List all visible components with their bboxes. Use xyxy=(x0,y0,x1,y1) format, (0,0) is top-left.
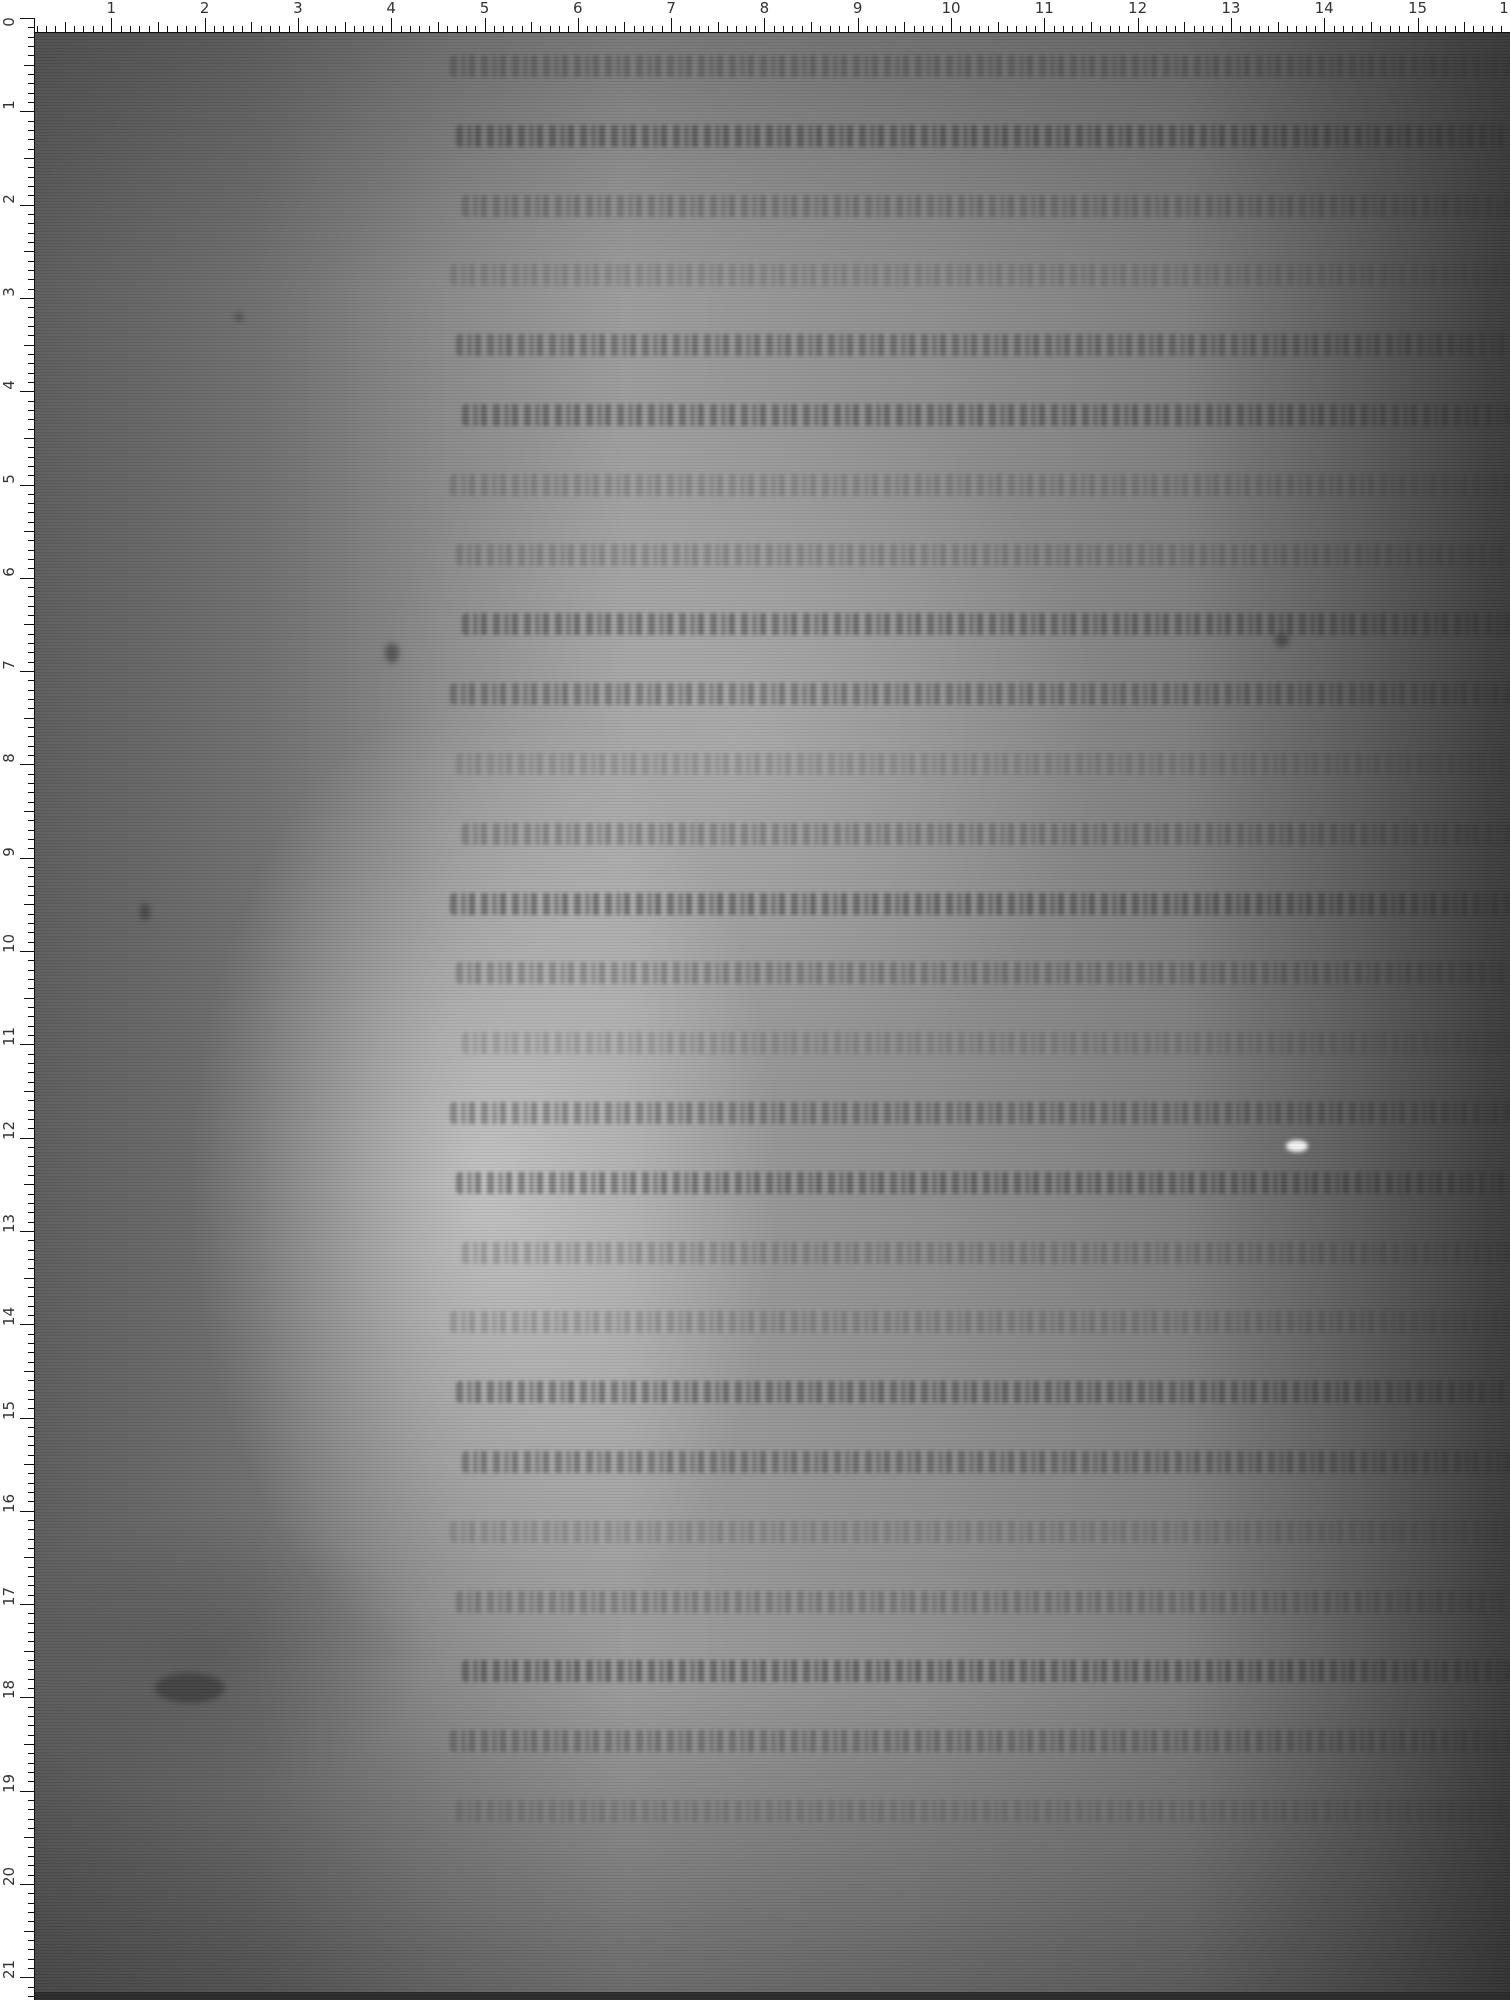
left-ruler-tick xyxy=(28,1688,34,1689)
top-ruler-label: 15 xyxy=(1408,0,1427,16)
left-ruler-tick xyxy=(28,1147,34,1148)
left-ruler-tick xyxy=(28,1641,34,1642)
left-ruler-tick xyxy=(28,914,34,915)
manuscript-text-line xyxy=(456,334,1510,356)
left-ruler-tick xyxy=(28,429,34,430)
left-ruler-tick xyxy=(28,1343,34,1344)
left-ruler-tick xyxy=(28,1772,34,1773)
top-ruler-tick xyxy=(690,26,691,32)
top-ruler-tick xyxy=(1147,26,1148,32)
top-ruler-tick xyxy=(46,26,47,32)
top-ruler-tick xyxy=(447,26,448,32)
top-ruler-tick xyxy=(401,26,402,32)
left-ruler-label: 1 xyxy=(1,97,17,113)
top-ruler-tick xyxy=(820,26,821,32)
left-ruler-tick xyxy=(28,1781,34,1782)
top-ruler-tick xyxy=(1343,26,1344,32)
left-ruler-tick xyxy=(28,335,34,336)
left-ruler-tick xyxy=(28,1660,34,1661)
manuscript-text-line xyxy=(462,1660,1510,1682)
left-ruler-tick xyxy=(28,1035,34,1036)
left-ruler-tick xyxy=(28,93,34,94)
top-ruler-tick xyxy=(774,26,775,32)
top-ruler-tick xyxy=(223,26,224,32)
left-ruler-tick xyxy=(24,1931,34,1932)
manuscript-text-line xyxy=(462,195,1510,217)
top-ruler-tick xyxy=(718,22,719,32)
manuscript-text-line xyxy=(462,404,1510,426)
top-ruler-label: 1 xyxy=(1499,0,1509,16)
top-ruler-tick xyxy=(475,26,476,32)
top-ruler-label: 6 xyxy=(573,0,583,16)
left-ruler-tick xyxy=(28,867,34,868)
left-ruler-tick xyxy=(24,811,34,812)
manuscript-text-line xyxy=(450,474,1510,496)
top-ruler-tick xyxy=(792,26,793,32)
left-ruler-tick xyxy=(28,755,34,756)
top-ruler-tick xyxy=(279,26,280,32)
left-ruler-tick xyxy=(28,699,34,700)
left-ruler-tick xyxy=(28,130,34,131)
left-ruler-tick xyxy=(20,1604,34,1605)
left-ruler-tick xyxy=(28,596,34,597)
top-ruler-tick xyxy=(1250,26,1251,32)
left-ruler-tick xyxy=(28,876,34,877)
top-ruler-tick xyxy=(1455,26,1456,32)
top-ruler-tick xyxy=(783,26,784,32)
top-ruler-tick xyxy=(195,26,196,32)
left-ruler-tick xyxy=(28,1483,34,1484)
left-ruler-tick xyxy=(28,1445,34,1446)
left-ruler-tick xyxy=(20,1697,34,1698)
top-ruler-tick xyxy=(699,26,700,32)
top-ruler-tick xyxy=(111,18,112,32)
left-ruler-tick xyxy=(28,27,34,28)
left-ruler-tick xyxy=(28,1315,34,1316)
top-ruler-tick xyxy=(1473,26,1474,32)
manuscript-text-line xyxy=(462,1242,1510,1264)
manuscript-text-line xyxy=(456,125,1510,147)
top-ruler-tick xyxy=(746,26,747,32)
left-ruler-tick xyxy=(28,55,34,56)
top-ruler-label: 5 xyxy=(480,0,490,16)
left-ruler-tick xyxy=(28,1362,34,1363)
top-ruler-label: 2 xyxy=(200,0,210,16)
top-ruler-tick xyxy=(1352,26,1353,32)
top-ruler-tick xyxy=(466,26,467,32)
top-ruler-label: 8 xyxy=(760,0,770,16)
left-ruler-tick xyxy=(28,708,34,709)
left-ruler-tick xyxy=(28,1893,34,1894)
top-ruler-tick xyxy=(65,22,66,32)
left-ruler-tick xyxy=(28,1679,34,1680)
left-ruler-label: 15 xyxy=(1,1404,17,1420)
left-ruler-tick xyxy=(28,895,34,896)
top-ruler-tick xyxy=(233,26,234,32)
left-ruler-tick xyxy=(28,1063,34,1064)
top-ruler-tick xyxy=(634,26,635,32)
left-ruler-tick xyxy=(28,1287,34,1288)
left-ruler-tick xyxy=(28,494,34,495)
top-ruler-tick xyxy=(83,26,84,32)
top-ruler-tick xyxy=(671,18,672,32)
left-ruler-tick xyxy=(28,1987,34,1988)
manuscript-text-line xyxy=(462,823,1510,845)
top-ruler-label: 1 xyxy=(107,0,117,16)
top-ruler-tick xyxy=(1128,26,1129,32)
top-ruler-tick xyxy=(158,22,159,32)
top-ruler-tick xyxy=(354,26,355,32)
left-ruler-tick xyxy=(28,382,34,383)
left-ruler-label: 6 xyxy=(1,564,17,580)
top-ruler-tick xyxy=(1110,26,1111,32)
left-ruler-tick xyxy=(28,401,34,402)
top-ruler-tick xyxy=(1035,26,1036,32)
top-ruler-tick xyxy=(652,26,653,32)
left-ruler-tick xyxy=(24,1557,34,1558)
top-ruler-tick xyxy=(895,26,896,32)
left-ruler-label: 11 xyxy=(1,1030,17,1046)
left-ruler-tick xyxy=(20,1324,34,1325)
left-ruler-tick xyxy=(28,289,34,290)
left-ruler-tick xyxy=(28,736,34,737)
left-ruler-tick xyxy=(28,1026,34,1027)
left-ruler-tick xyxy=(28,1847,34,1848)
left-ruler-tick xyxy=(28,1753,34,1754)
top-ruler-tick xyxy=(1054,26,1055,32)
stain-mark xyxy=(155,1673,225,1703)
left-ruler-tick xyxy=(24,531,34,532)
left-ruler-tick xyxy=(28,121,34,122)
left-ruler-tick xyxy=(20,1231,34,1232)
left-ruler-tick xyxy=(28,1007,34,1008)
left-ruler-tick xyxy=(28,1912,34,1913)
left-ruler-tick xyxy=(28,1921,34,1922)
top-ruler-tick xyxy=(960,26,961,32)
left-ruler-tick xyxy=(28,223,34,224)
top-ruler-tick xyxy=(457,26,458,32)
left-ruler-tick xyxy=(28,1054,34,1055)
top-ruler-tick xyxy=(1380,26,1381,32)
top-ruler-tick xyxy=(1222,26,1223,32)
top-ruler-label: 11 xyxy=(1035,0,1054,16)
top-ruler-tick xyxy=(942,26,943,32)
manuscript-text-line xyxy=(450,893,1510,915)
top-ruler-tick xyxy=(93,26,94,32)
top-ruler-tick xyxy=(261,26,262,32)
left-ruler-tick xyxy=(28,783,34,784)
top-ruler-tick xyxy=(419,26,420,32)
left-ruler-tick xyxy=(28,1352,34,1353)
left-ruler-tick xyxy=(28,1669,34,1670)
left-ruler: 0123456789101112131415161718192021 xyxy=(0,0,35,2000)
left-ruler-tick xyxy=(28,102,34,103)
left-ruler-tick xyxy=(28,186,34,187)
left-ruler-tick xyxy=(28,1529,34,1530)
top-ruler-tick xyxy=(335,26,336,32)
left-ruler-tick xyxy=(28,886,34,887)
left-ruler-tick xyxy=(24,1371,34,1372)
manuscript-text-line xyxy=(462,1451,1510,1473)
left-ruler-tick xyxy=(28,839,34,840)
left-ruler-tick xyxy=(20,391,34,392)
top-ruler-tick xyxy=(1231,18,1232,32)
manuscript-text-line xyxy=(456,544,1510,566)
left-ruler-tick xyxy=(28,1166,34,1167)
left-ruler-tick xyxy=(28,1940,34,1941)
top-ruler-tick xyxy=(1259,26,1260,32)
top-ruler-tick xyxy=(317,26,318,32)
left-ruler-tick xyxy=(28,662,34,663)
top-ruler-label: 7 xyxy=(666,0,676,16)
left-ruler-tick xyxy=(28,634,34,635)
top-ruler-tick xyxy=(307,26,308,32)
left-ruler-tick xyxy=(28,354,34,355)
left-ruler-tick xyxy=(28,1110,34,1111)
left-ruler-tick xyxy=(28,1427,34,1428)
manuscript-text-line xyxy=(450,1521,1510,1543)
left-ruler-tick xyxy=(28,1959,34,1960)
top-ruler-tick xyxy=(485,18,486,32)
left-ruler-tick xyxy=(20,111,34,112)
left-ruler-tick xyxy=(28,792,34,793)
left-ruler-tick xyxy=(24,1464,34,1465)
left-ruler-tick xyxy=(28,1632,34,1633)
top-ruler-tick xyxy=(830,26,831,32)
top-ruler-tick xyxy=(1334,26,1335,32)
top-ruler-tick xyxy=(289,26,290,32)
left-ruler-tick xyxy=(24,1744,34,1745)
top-ruler-tick xyxy=(382,26,383,32)
left-ruler-tick xyxy=(28,1567,34,1568)
top-ruler-tick xyxy=(923,26,924,32)
left-ruler-tick xyxy=(24,624,34,625)
left-ruler-tick xyxy=(28,1408,34,1409)
manuscript-text-line xyxy=(456,1591,1510,1613)
top-ruler-tick xyxy=(1464,22,1465,32)
left-ruler-tick xyxy=(28,923,34,924)
left-ruler-tick xyxy=(28,960,34,961)
left-ruler-tick xyxy=(28,942,34,943)
top-ruler-tick xyxy=(615,26,616,32)
top-ruler-tick xyxy=(503,26,504,32)
top-ruler-tick xyxy=(1091,22,1092,32)
top-ruler-tick xyxy=(1044,18,1045,32)
left-ruler-tick xyxy=(28,1306,34,1307)
top-ruler-tick xyxy=(596,26,597,32)
top-ruler-tick xyxy=(848,26,849,32)
top-ruler-tick xyxy=(1296,26,1297,32)
top-ruler-tick xyxy=(298,18,299,32)
left-ruler-tick xyxy=(28,988,34,989)
scan-bottom-edge xyxy=(35,1992,1510,2000)
top-ruler-tick xyxy=(531,22,532,32)
top-ruler-tick xyxy=(270,26,271,32)
stain-mark xyxy=(140,903,150,921)
left-ruler-tick xyxy=(28,233,34,234)
left-ruler-tick xyxy=(28,1623,34,1624)
top-ruler-label: 14 xyxy=(1315,0,1334,16)
top-ruler-tick xyxy=(1306,26,1307,32)
left-ruler-tick xyxy=(28,615,34,616)
left-ruler-tick xyxy=(28,540,34,541)
left-ruler-tick xyxy=(28,1949,34,1950)
bright-spot xyxy=(1286,1140,1308,1152)
left-ruler-tick xyxy=(28,1968,34,1969)
top-ruler-tick xyxy=(1268,26,1269,32)
left-ruler-tick xyxy=(28,1716,34,1717)
left-ruler-tick xyxy=(28,74,34,75)
top-ruler-tick xyxy=(839,26,840,32)
left-ruler-tick xyxy=(28,568,34,569)
left-ruler-tick xyxy=(28,447,34,448)
left-ruler-tick xyxy=(28,475,34,476)
left-ruler-tick xyxy=(28,746,34,747)
top-ruler-tick xyxy=(102,26,103,32)
top-ruler-tick xyxy=(55,26,56,32)
top-ruler-tick xyxy=(624,22,625,32)
left-ruler-tick xyxy=(28,261,34,262)
top-ruler-tick xyxy=(951,18,952,32)
left-ruler-tick xyxy=(28,1539,34,1540)
top-ruler-tick xyxy=(764,18,765,32)
left-ruler-tick xyxy=(28,1268,34,1269)
left-ruler-tick xyxy=(28,279,34,280)
top-ruler-tick xyxy=(811,22,812,32)
left-ruler-tick xyxy=(20,578,34,579)
left-ruler-tick xyxy=(20,18,34,19)
top-ruler-tick xyxy=(550,26,551,32)
manuscript-text-line xyxy=(456,1381,1510,1403)
top-ruler-label: 3 xyxy=(293,0,303,16)
left-ruler-tick xyxy=(28,1175,34,1176)
top-ruler-tick xyxy=(512,26,513,32)
left-ruler-tick xyxy=(28,820,34,821)
top-ruler-tick xyxy=(1315,26,1316,32)
left-ruler-tick xyxy=(20,858,34,859)
left-ruler-tick xyxy=(28,1548,34,1549)
left-ruler-label: 2 xyxy=(1,191,17,207)
manuscript-text-line xyxy=(462,1032,1510,1054)
left-ruler-tick xyxy=(28,214,34,215)
top-ruler-tick xyxy=(1007,26,1008,32)
left-ruler-tick xyxy=(28,1828,34,1829)
left-ruler-tick xyxy=(24,1651,34,1652)
manuscript-text-line xyxy=(450,1311,1510,1333)
top-ruler-tick xyxy=(1072,26,1073,32)
left-ruler-tick xyxy=(28,848,34,849)
left-ruler-tick xyxy=(28,177,34,178)
top-ruler-tick xyxy=(1063,26,1064,32)
top-ruler-tick xyxy=(214,26,215,32)
left-ruler-label: 18 xyxy=(1,1683,17,1699)
left-ruler-tick xyxy=(24,904,34,905)
top-ruler-tick xyxy=(326,26,327,32)
top-ruler-tick xyxy=(979,26,980,32)
left-ruler-tick xyxy=(24,1091,34,1092)
left-ruler-label: 19 xyxy=(1,1777,17,1793)
top-ruler-tick xyxy=(1175,26,1176,32)
left-ruler-tick xyxy=(28,1100,34,1101)
left-ruler-tick xyxy=(20,1977,34,1978)
top-ruler-tick xyxy=(1418,18,1419,32)
left-ruler-tick xyxy=(28,774,34,775)
top-ruler-tick xyxy=(904,22,905,32)
left-ruler-tick xyxy=(28,1203,34,1204)
left-ruler-tick xyxy=(28,1903,34,1904)
top-ruler-tick xyxy=(242,26,243,32)
top-ruler-tick xyxy=(727,26,728,32)
left-ruler-tick xyxy=(28,1819,34,1820)
manuscript-text-line xyxy=(462,613,1510,635)
left-ruler-label: 8 xyxy=(1,750,17,766)
stain-mark xyxy=(385,643,399,663)
manuscript-text-line xyxy=(450,264,1510,286)
manuscript-text-line xyxy=(456,1800,1510,1822)
left-ruler-tick xyxy=(28,1735,34,1736)
left-ruler-tick xyxy=(28,1194,34,1195)
left-ruler-label: 5 xyxy=(1,471,17,487)
left-ruler-tick xyxy=(28,270,34,271)
top-ruler-tick xyxy=(1445,26,1446,32)
left-ruler-tick xyxy=(28,307,34,308)
left-ruler-tick xyxy=(28,830,34,831)
left-ruler-tick xyxy=(28,1800,34,1801)
top-ruler-tick xyxy=(988,26,989,32)
manuscript-text-line xyxy=(456,1172,1510,1194)
left-ruler-tick xyxy=(28,167,34,168)
left-ruler-tick xyxy=(28,1222,34,1223)
top-ruler-tick xyxy=(121,26,122,32)
left-ruler-tick xyxy=(28,1492,34,1493)
left-ruler-tick xyxy=(20,1418,34,1419)
left-ruler-tick xyxy=(28,1856,34,1857)
top-ruler-tick xyxy=(802,26,803,32)
left-ruler-tick xyxy=(28,46,34,47)
top-ruler-tick xyxy=(177,26,178,32)
top-ruler-tick xyxy=(1026,26,1027,32)
top-ruler-tick xyxy=(606,26,607,32)
top-ruler-tick xyxy=(1156,26,1157,32)
top-ruler-tick xyxy=(1390,26,1391,32)
left-ruler-tick xyxy=(28,1996,34,1997)
top-ruler-label: 4 xyxy=(386,0,396,16)
left-ruler-label: 0 xyxy=(1,14,17,30)
left-ruler-tick xyxy=(28,326,34,327)
top-ruler-label: 13 xyxy=(1221,0,1240,16)
top-ruler-tick xyxy=(522,26,523,32)
left-ruler-tick xyxy=(28,1128,34,1129)
left-ruler-tick xyxy=(28,1296,34,1297)
top-ruler-tick xyxy=(1166,26,1167,32)
manuscript-text-line xyxy=(456,753,1510,775)
left-ruler-tick xyxy=(24,251,34,252)
top-ruler-tick xyxy=(708,26,709,32)
left-ruler-tick xyxy=(20,1884,34,1885)
left-ruler-tick xyxy=(28,195,34,196)
left-ruler-tick xyxy=(28,242,34,243)
left-ruler-label: 16 xyxy=(1,1497,17,1513)
left-ruler-tick xyxy=(28,1576,34,1577)
top-ruler-tick xyxy=(1436,26,1437,32)
top-ruler-tick xyxy=(1287,26,1288,32)
left-ruler-tick xyxy=(28,606,34,607)
top-ruler-tick xyxy=(1427,26,1428,32)
left-ruler-tick xyxy=(28,1809,34,1810)
top-ruler-label: 9 xyxy=(853,0,863,16)
top-ruler-tick xyxy=(1082,26,1083,32)
top-ruler-tick xyxy=(1362,26,1363,32)
